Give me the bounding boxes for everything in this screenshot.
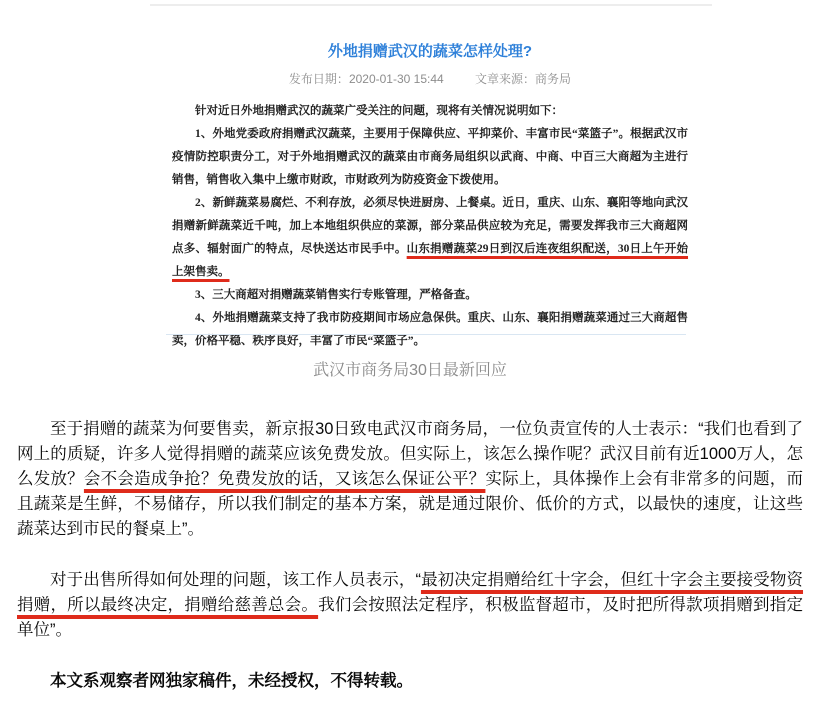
paragraph: 针对近日外地捐赠武汉的蔬菜广受关注的问题，现将有关情况说明如下： xyxy=(172,100,688,123)
article-body: 至于捐赠的蔬菜为何要售卖，新京报30日致电武汉市商务局，一位负责宣传的人士表示：… xyxy=(17,417,803,643)
notice-meta: 发布日期：2020-01-30 15:44 文章来源：商务局 xyxy=(172,71,688,88)
article-source: 文章来源：商务局 xyxy=(475,72,571,86)
text-segment: 1、外地党委政府捐赠武汉蔬菜，主要用于保障供应、平抑菜价、丰富市民“菜篮子”。根… xyxy=(172,128,688,186)
notice-top-divider xyxy=(150,4,712,6)
notice-content: 外地捐赠武汉的蔬菜怎样处理? 发布日期：2020-01-30 15:44 文章来… xyxy=(172,0,688,353)
text-segment: 4、外地捐赠蔬菜支持了我市防疫期间市场应急保供。重庆、山东、襄阳捐赠蔬菜通过三大… xyxy=(172,312,688,347)
article-source-value: 商务局 xyxy=(535,72,571,86)
paragraph: 3、三大商超对捐赠蔬菜销售实行专账管理，严格备查。 xyxy=(172,284,688,307)
paragraph: 至于捐赠的蔬菜为何要售卖，新京报30日致电武汉市商务局，一位负责宣传的人士表示：… xyxy=(17,417,803,542)
article-source-label: 文章来源： xyxy=(475,72,535,86)
text-segment: 3、三大商超对捐赠蔬菜销售实行专账管理，严格备查。 xyxy=(195,289,477,301)
copyright-note: 本文系观察者网独家稿件，未经授权，不得转载。 xyxy=(17,669,803,694)
notice-body: 针对近日外地捐赠武汉的蔬菜广受关注的问题，现将有关情况说明如下：1、外地党委政府… xyxy=(172,100,688,353)
article-page: { "colors":{ "title_blue":"#2e80d9", "un… xyxy=(0,0,820,705)
paragraph: 对于出售所得如何处理的问题，该工作人员表示，“最初决定捐赠给红十字会，但红十字会… xyxy=(17,568,803,643)
red-underlined-text: 会不会造成争抢？免费发放的话，又该怎么保证公平？ xyxy=(84,470,485,488)
notice-bottom-divider xyxy=(166,334,686,335)
paragraph: 2、新鲜蔬菜易腐烂、不利存放，必须尽快进厨房、上餐桌。近日，重庆、山东、襄阳等地… xyxy=(172,192,688,284)
publish-date: 发布日期：2020-01-30 15:44 xyxy=(289,72,444,86)
text-segment: 对于出售所得如何处理的问题，该工作人员表示，“ xyxy=(50,571,421,589)
notice-title: 外地捐赠武汉的蔬菜怎样处理? xyxy=(172,42,688,62)
text-segment: 针对近日外地捐赠武汉的蔬菜广受关注的问题，现将有关情况说明如下： xyxy=(195,105,563,117)
screenshot-caption: 武汉市商务局30日最新回应 xyxy=(0,360,820,382)
publish-date-value: 2020-01-30 15:44 xyxy=(349,72,444,86)
paragraph: 1、外地党委政府捐赠武汉蔬菜，主要用于保障供应、平抑菜价、丰富市民“菜篮子”。根… xyxy=(172,123,688,192)
publish-date-label: 发布日期： xyxy=(289,72,349,86)
embedded-notice-screenshot: 外地捐赠武汉的蔬菜怎样处理? 发布日期：2020-01-30 15:44 文章来… xyxy=(0,0,820,348)
paragraph: 4、外地捐赠蔬菜支持了我市防疫期间市场应急保供。重庆、山东、襄阳捐赠蔬菜通过三大… xyxy=(172,307,688,353)
